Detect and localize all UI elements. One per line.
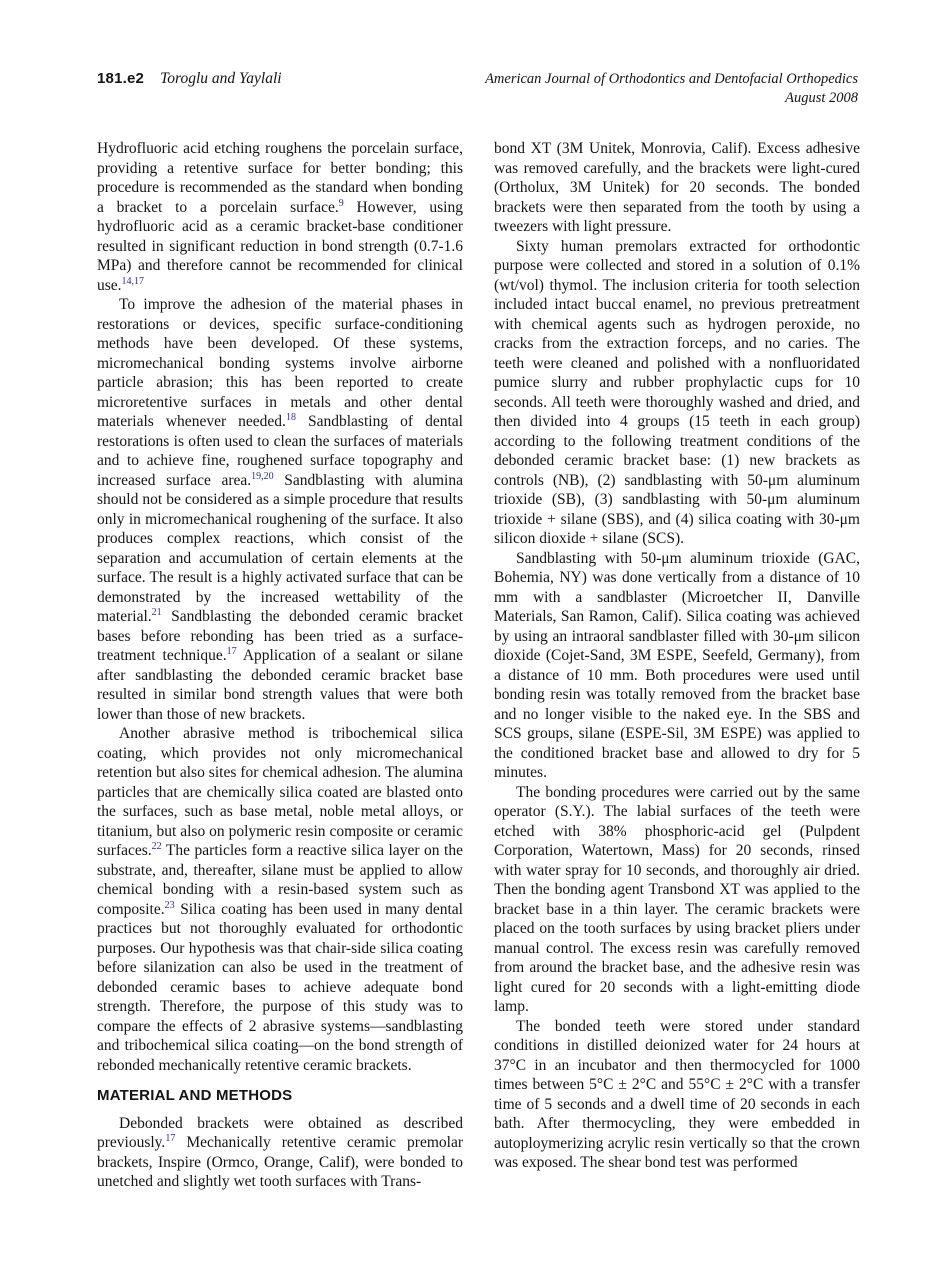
paragraph: The bonding procedures were carried out … [494, 783, 860, 1017]
reference-superscript[interactable]: 21 [152, 607, 162, 618]
paragraph: The bonded teeth were stored under stand… [494, 1017, 860, 1173]
reference-superscript[interactable]: 14,17 [122, 275, 145, 286]
running-authors: Toroglu and Yaylali [160, 70, 281, 87]
running-header-right: American Journal of Orthodontics and Den… [485, 70, 858, 107]
reference-superscript[interactable]: 9 [339, 197, 344, 208]
journal-title: American Journal of Orthodontics and Den… [485, 70, 858, 89]
paragraph: Debonded brackets were obtained as descr… [97, 1114, 463, 1192]
paragraph: Hydrofluoric acid etching roughens the p… [97, 139, 463, 295]
paragraph: Another abrasive method is tribochemical… [97, 724, 463, 1075]
paragraph: bond XT (3M Unitek, Monrovia, Calif). Ex… [494, 139, 860, 237]
section-heading: MATERIAL AND METHODS [97, 1086, 463, 1106]
reference-superscript[interactable]: 18 [286, 412, 296, 423]
paragraph: Sandblasting with 50-μm aluminum trioxid… [494, 549, 860, 783]
article-body: Hydrofluoric acid etching roughens the p… [97, 139, 860, 1192]
paragraph: Sixty human premolars extracted for orth… [494, 237, 860, 549]
journal-page: 181.e2 Toroglu and Yaylali American Jour… [0, 0, 950, 1272]
running-header-left: 181.e2 Toroglu and Yaylali [97, 70, 282, 88]
right-column: bond XT (3M Unitek, Monrovia, Calif). Ex… [494, 139, 860, 1192]
left-column: Hydrofluoric acid etching roughens the p… [97, 139, 463, 1192]
running-header: 181.e2 Toroglu and Yaylali American Jour… [97, 70, 858, 107]
paragraph: To improve the adhesion of the material … [97, 295, 463, 724]
reference-superscript[interactable]: 23 [165, 899, 175, 910]
reference-superscript[interactable]: 17 [227, 646, 237, 657]
reference-superscript[interactable]: 22 [152, 841, 162, 852]
page-number: 181.e2 [97, 70, 144, 87]
reference-superscript[interactable]: 17 [165, 1133, 175, 1144]
reference-superscript[interactable]: 19,20 [251, 470, 274, 481]
issue-date: August 2008 [485, 89, 858, 108]
